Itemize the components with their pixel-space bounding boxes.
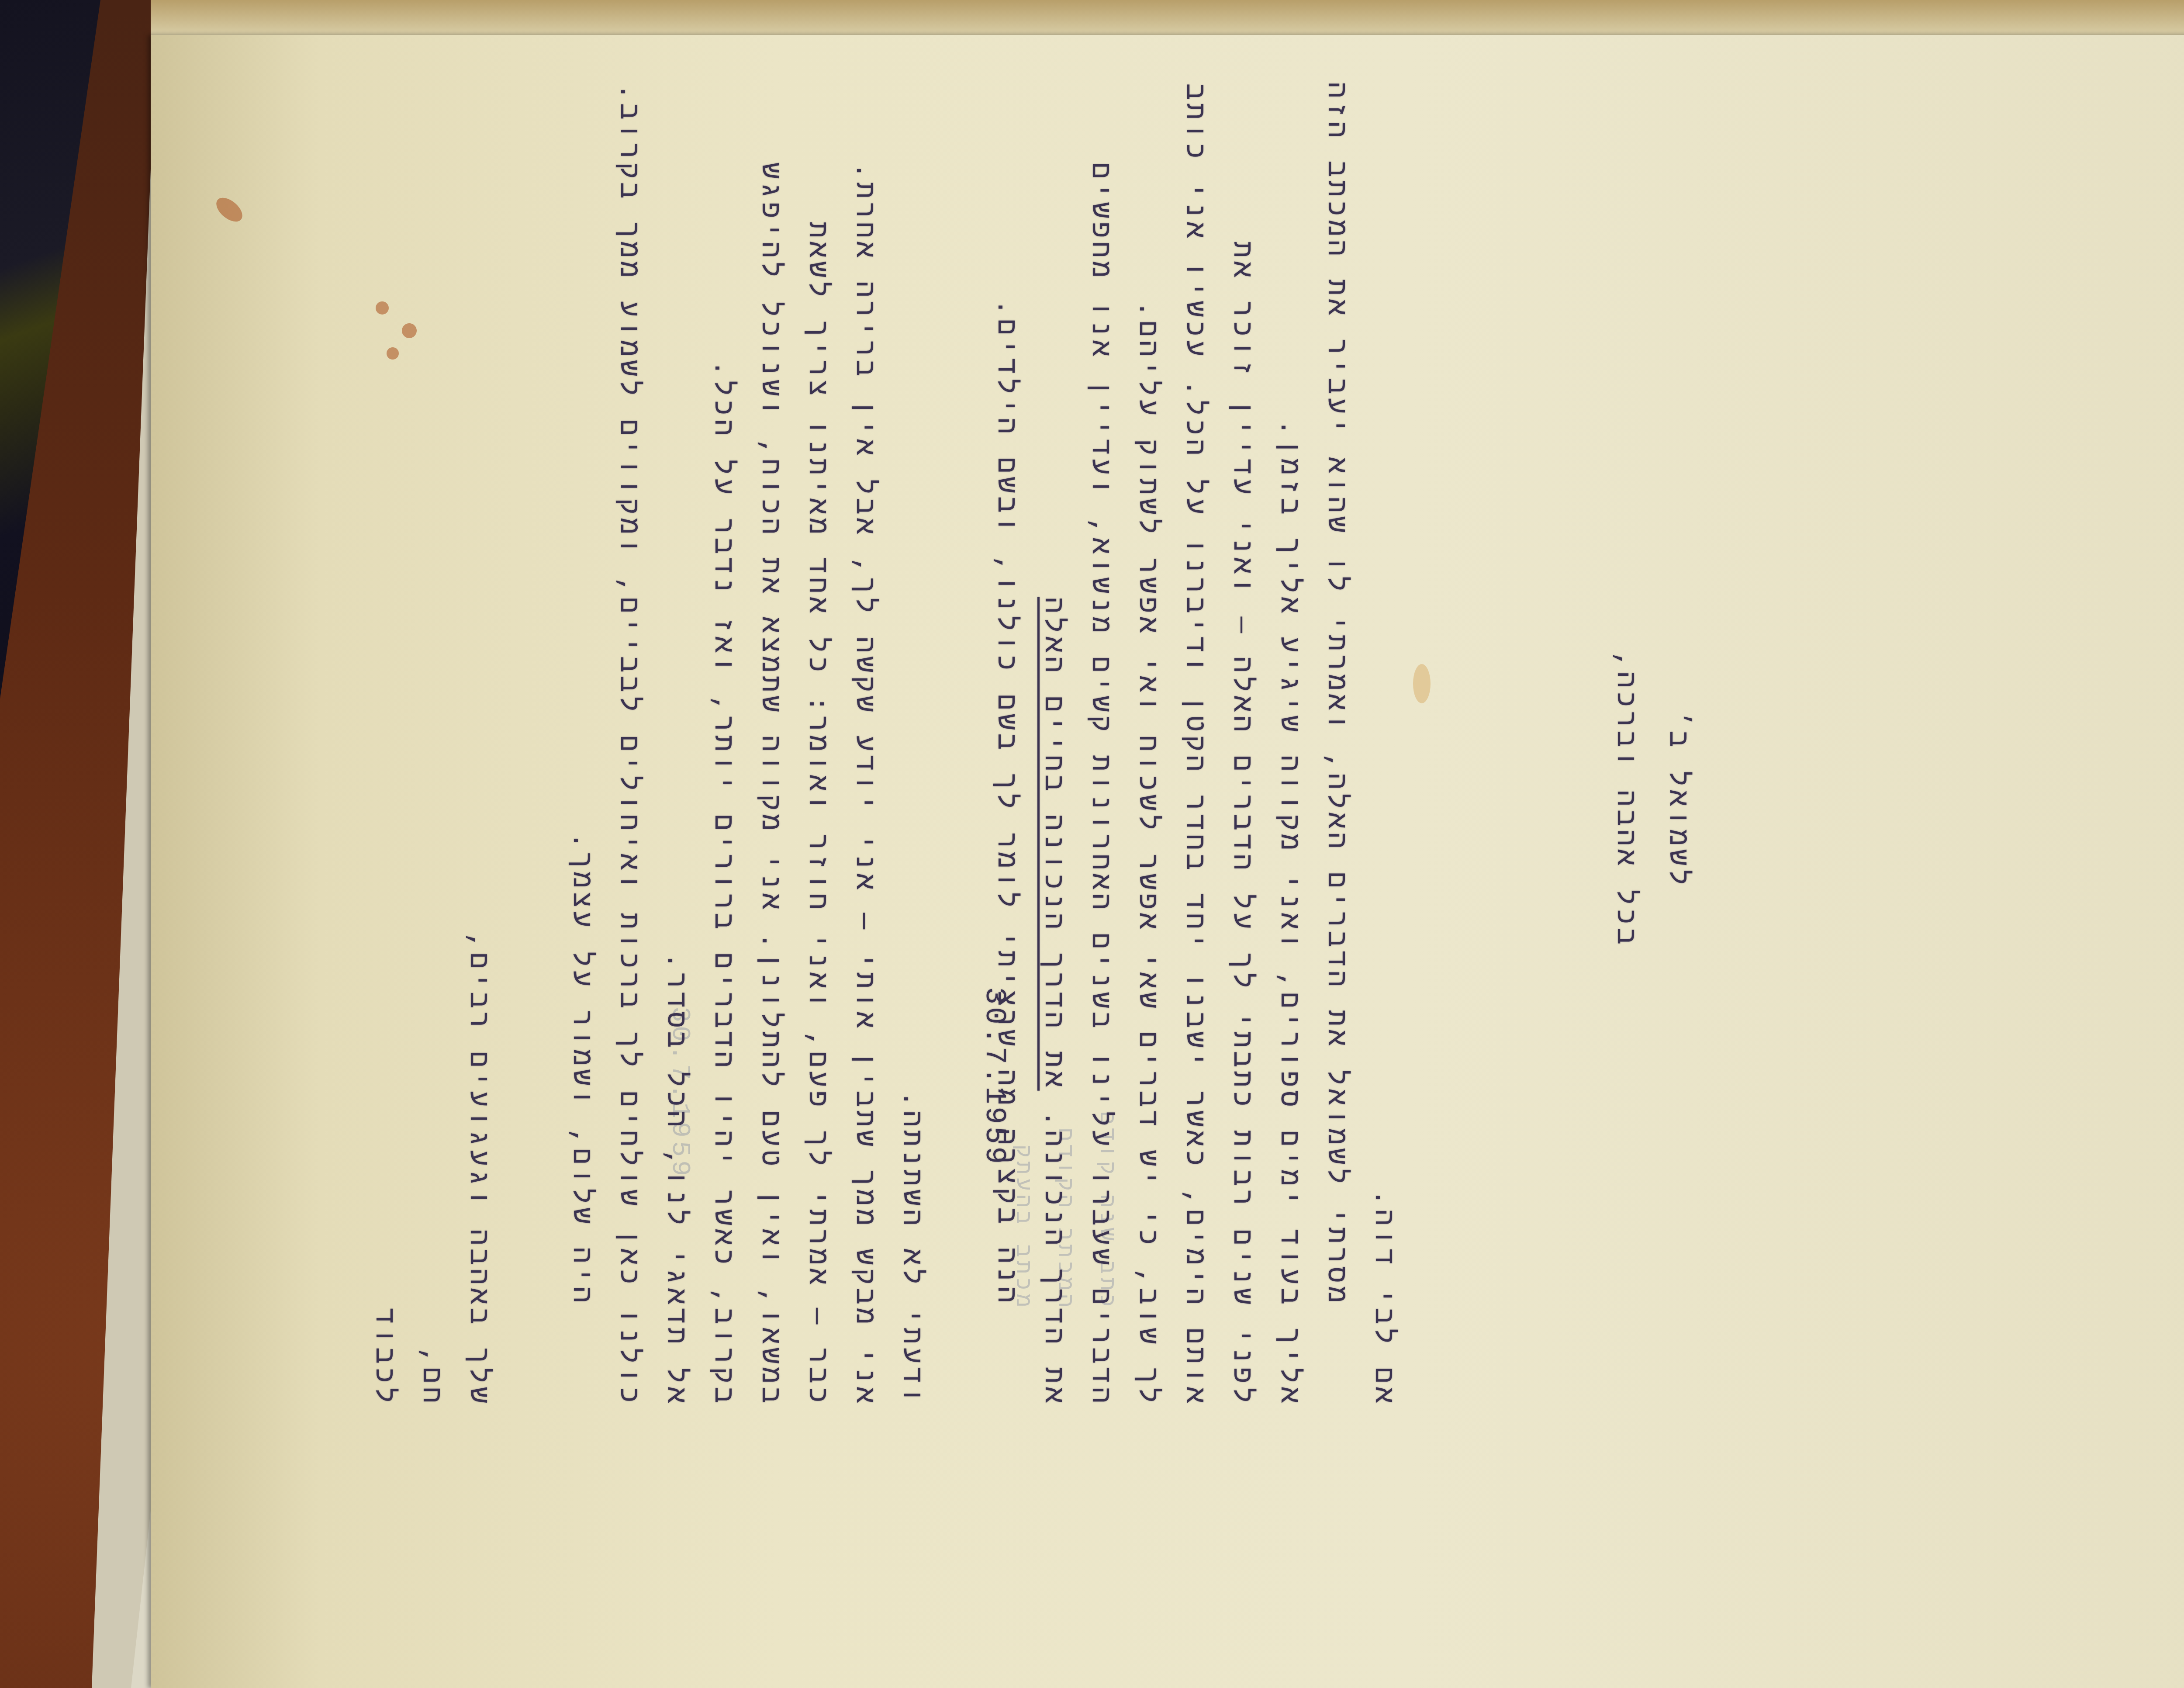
paragraph: אני מבקש ממך שתבין אותי — אני יודע שקשה … [605, 0, 888, 1407]
text-line: מסרתי לשמואל את הדברים האלה, ואמרתי לו ש… [1312, 0, 1359, 1407]
heading-line-2: בכל אהבה וברכה, [1599, 652, 1651, 948]
spacer [510, 0, 557, 1407]
text-line: אל תדאגי לנו, הכל בסדר. [652, 0, 699, 1407]
text-line: במשאו, ואין טעם להתלונן. אני מקווה שתמצא… [746, 0, 793, 1407]
signature-line-2: לכבוד [360, 0, 407, 1407]
stain-mark [1413, 664, 1431, 703]
text-line: אני מבקש ממך שתבין אותי — אני יודע שקשה … [840, 0, 888, 1407]
letter-heading: לשמואל ב׳ בכל אהבה וברכה, [1599, 652, 1704, 948]
text-fragment: את הדרך הנכונה. [1037, 1110, 1068, 1407]
closing-line: שלך באהבה וגעגועים רבים, [454, 0, 501, 1407]
paragraph: הנה בקצרה מה שרציתי לומר לך בשם כולנו, ו… [982, 0, 1029, 1407]
text-line: בקרוב, כאשר יהיו הדברים ברורים יותר, ואז… [699, 0, 746, 1407]
signature-line-1: חם, [407, 0, 454, 1407]
letter-body: אם לבי דוה. מסרתי לשמואל את הדברים האלה,… [360, 0, 1406, 1407]
text-line: לך שוב, כי יש דברים שאי אפשר לשכוח ואי א… [1123, 0, 1171, 1407]
underlined-text: את הדרך הנכונה בחיים האלה [1037, 597, 1068, 1091]
text-line: אליך בעוד ימים ספורים, ואני מקווה שיגיע … [1265, 0, 1312, 1407]
salutation: אם לבי דוה. [1359, 0, 1406, 1407]
text-line: כבר — אמרתי לך פעם, ואני חוזר ואומר: כל … [793, 0, 840, 1407]
text-line-with-underline: את הדרך הנכונה. את הדרך הנכונה בחיים האל… [1029, 0, 1076, 1407]
text-line: ודעתי לא השתנתה. [888, 0, 935, 1407]
text-line: אותם הימים, כאשר ישבנו יחד בחדר הקטן ודי… [1171, 0, 1218, 1407]
paragraph: היה שלום, ושמור על עצמך. [557, 0, 605, 1407]
text-line: לפני שנים רבות כתבתי לך על הדברים האלה —… [1218, 0, 1265, 1407]
text-line: הנה בקצרה מה שרציתי לומר לך בשם כולנו, ו… [982, 0, 1029, 1407]
paragraph: ודעתי לא השתנתה. [888, 0, 935, 1407]
text-line: הדברים שעברו עלינו בשנים האחרונות קשים מ… [1076, 0, 1123, 1407]
text-line: היה שלום, ושמור על עצמך. [557, 0, 605, 1407]
text-line: כולנו כאן שולחים לך ברכות ואיחולים לבביי… [605, 0, 652, 1407]
spacer [935, 0, 982, 1407]
heading-line-1: לשמואל ב׳ [1651, 652, 1704, 948]
paragraph: מסרתי לשמואל את הדברים האלה, ואמרתי לו ש… [1029, 0, 1359, 1407]
